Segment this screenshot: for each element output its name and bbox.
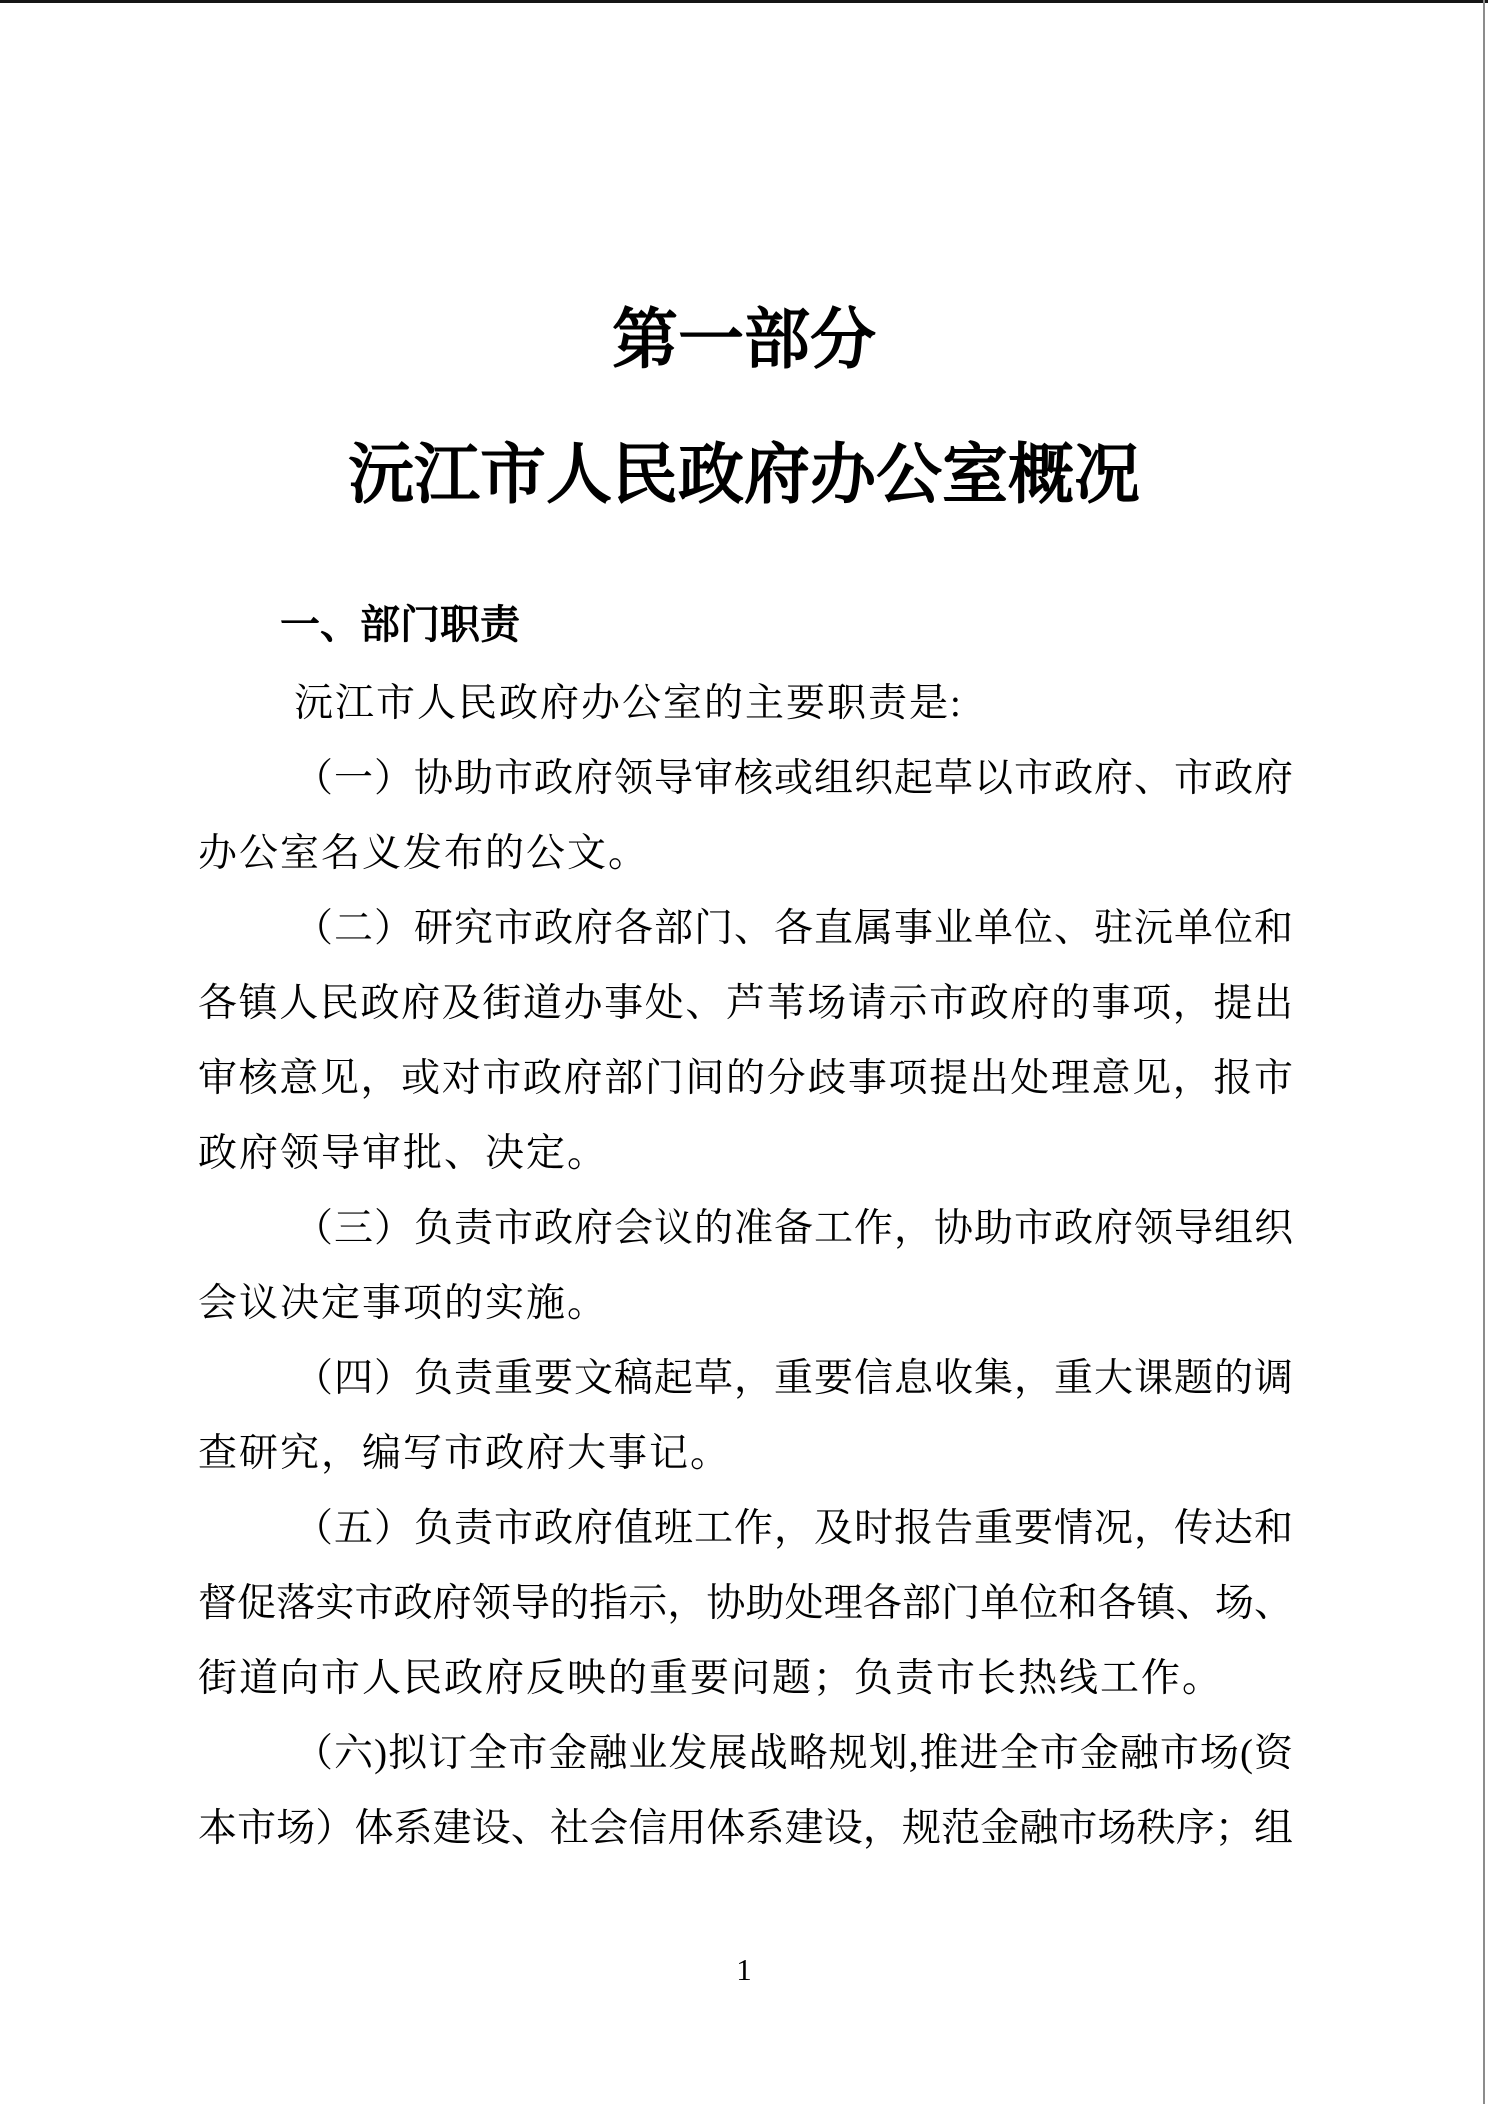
- paragraph-line: 各镇人民政府及街道办事处、芦苇场请示市政府的事项，提出: [198, 966, 1293, 1041]
- paragraph-line: 会议决定事项的实施。: [198, 1266, 1293, 1341]
- paragraph-line: 政府领导审批、决定。: [198, 1116, 1293, 1191]
- paragraph-line: （四）负责重要文稿起草，重要信息收集，重大课题的调: [198, 1341, 1293, 1416]
- document-page: 第一部分 沅江市人民政府办公室概况 一、部门职责 沅江市人民政府办公室的主要职责…: [0, 0, 1488, 2104]
- paragraph-line: 沅江市人民政府办公室的主要职责是:: [198, 666, 1293, 741]
- paragraph-line: 查研究，编写市政府大事记。: [198, 1416, 1293, 1491]
- section-heading: 一、部门职责: [280, 599, 520, 651]
- document-title-part: 第一部分: [0, 296, 1488, 382]
- page-top-edge: [0, 0, 1488, 3]
- paragraph-line: 审核意见，或对市政府部门间的分歧事项提出处理意见，报市: [198, 1041, 1293, 1116]
- paragraph-line: （三）负责市政府会议的准备工作，协助市政府领导组织: [198, 1191, 1293, 1266]
- body-text: 沅江市人民政府办公室的主要职责是: （一）协助市政府领导审核或组织起草以市政府、…: [198, 666, 1293, 1866]
- paragraph-line: 街道向市人民政府反映的重要问题；负责市长热线工作。: [198, 1641, 1293, 1716]
- page-number: 1: [0, 1950, 1488, 1990]
- paragraph-line: （六)拟订全市金融业发展战略规划,推进全市金融市场(资: [198, 1716, 1293, 1791]
- paragraph-line: （一）协助市政府领导审核或组织起草以市政府、市政府: [198, 741, 1293, 816]
- paragraph-line: 本市场）体系建设、社会信用体系建设，规范金融市场秩序；组: [198, 1791, 1293, 1866]
- paragraph-line: 督促落实市政府领导的指示，协助处理各部门单位和各镇、场、: [198, 1566, 1293, 1641]
- paragraph-line: （二）研究市政府各部门、各直属事业单位、驻沅单位和: [198, 891, 1293, 966]
- paragraph-line: 办公室名义发布的公文。: [198, 816, 1293, 891]
- document-title-name: 沅江市人民政府办公室概况: [0, 431, 1488, 517]
- paragraph-line: （五）负责市政府值班工作，及时报告重要情况，传达和: [198, 1491, 1293, 1566]
